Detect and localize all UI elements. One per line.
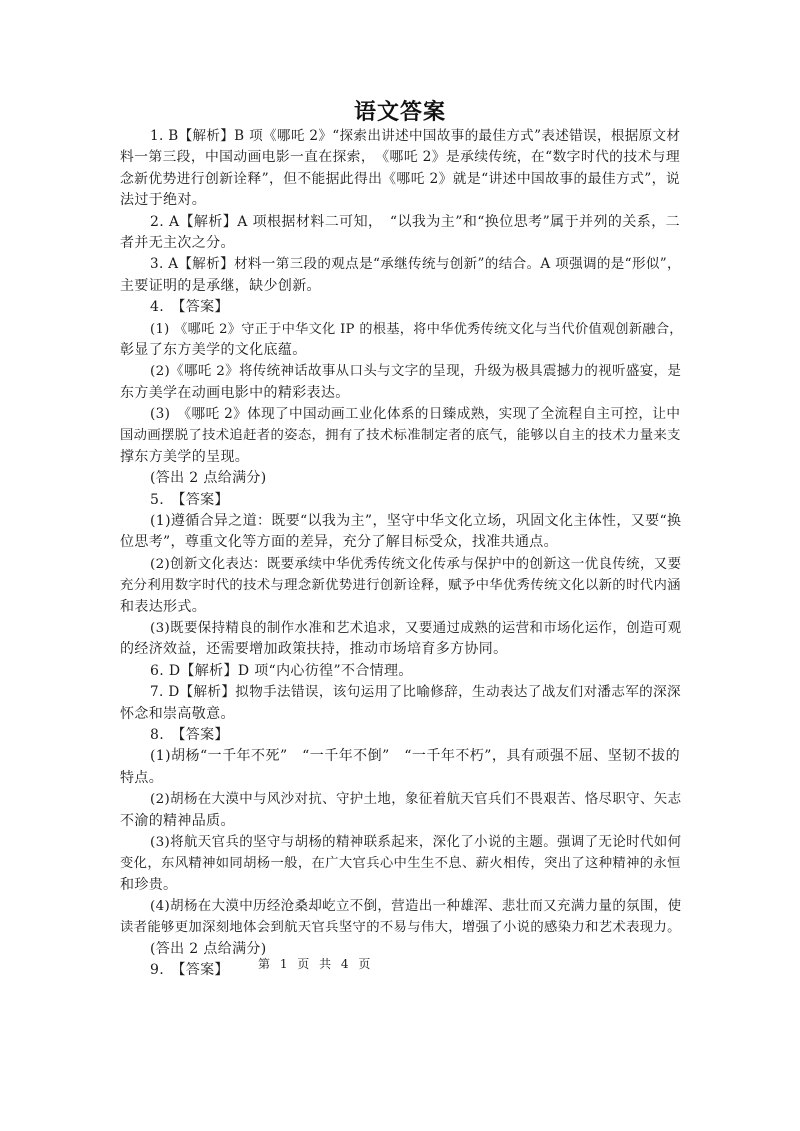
- text-line: 9. 【答案】: [120, 960, 680, 981]
- text-line: (1) 《哪吒 2》守正于中华文化 IP 的根基，将中华优秀传统文化与当代价值观…: [120, 319, 680, 340]
- text-line: (答出 2 点给满分): [120, 939, 680, 960]
- text-line: 不渝的精神品质。: [120, 811, 680, 832]
- text-line: 国动画摆脱了技术追赶者的姿态，拥有了技术标准制定者的底气，能够以自主的技术力量来…: [120, 425, 680, 446]
- answer-body: 1. B【解析】B 项《哪吒 2》“探索出讲述中国故事的最佳方式”表述错误，根据…: [120, 126, 680, 982]
- text-line: (2)《哪吒 2》将传统神话故事从口头与文字的呈现，升级为极具震撼力的视听盛宴，…: [120, 361, 680, 382]
- text-line: (答出 2 点给满分): [120, 468, 680, 489]
- text-line: 1. B【解析】B 项《哪吒 2》“探索出讲述中国故事的最佳方式”表述错误，根据…: [120, 126, 680, 147]
- text-line: 7. D【解析】拟物手法错误，该句运用了比喻修辞，生动表达了战友们对潘志军的深深: [120, 682, 680, 703]
- text-line: 8. 【答案】: [120, 725, 680, 746]
- text-line: 彰显了东方美学的文化底蕴。: [120, 340, 680, 361]
- text-line: 主要证明的是承继，缺少创新。: [120, 276, 680, 297]
- text-line: (1)遵循合异之道：既要“以我为主”，坚守中华文化立场，巩固文化主体性，又要“换: [120, 511, 680, 532]
- text-line: 和珍贵。: [120, 875, 680, 896]
- text-line: 法过于绝对。: [120, 190, 680, 211]
- text-line: (4)胡杨在大漠中历经沧桑却屹立不倒，营造出一种雄浑、悲壮而又充满力量的氛围，使: [120, 896, 680, 917]
- text-line: 5. 【答案】: [120, 490, 680, 511]
- text-line: 读者能够更加深刻地体会到航天官兵坚守的不易与伟大，增强了小说的感染力和艺术表现力…: [120, 917, 680, 938]
- text-line: 东方美学在动画电影中的精彩表达。: [120, 383, 680, 404]
- text-line: (3) 《哪吒 2》体现了中国动画工业化体系的日臻成熟，实现了全流程自主可控，让…: [120, 404, 680, 425]
- text-line: 料一第三段，中国动画电影一直在探索， 《哪吒 2》是承续传统，在“数字时代的技术…: [120, 147, 680, 168]
- text-line: 的经济效益，还需要增加政策扶持，推动市场培育多方协同。: [120, 639, 680, 660]
- text-line: 位思考”，尊重文化等方面的差异，充分了解目标受众，找准共通点。: [120, 532, 680, 553]
- text-line: (3)既要保持精良的制作水准和艺术追求，又要通过成熟的运营和市场化运作，创造可观: [120, 618, 680, 639]
- text-line: 撑东方美学的呈现。: [120, 447, 680, 468]
- text-line: 4. 【答案】: [120, 297, 680, 318]
- text-line: 充分利用数字时代的技术与理念新优势进行创新诠释，赋予中华优秀传统文化以新的时代内…: [120, 575, 680, 596]
- text-line: (1)胡杨“一千年不死” “一千年不倒” “一千年不朽”，具有顽强不屈、坚韧不拔…: [120, 746, 680, 767]
- text-line: 6. D【解析】D 项“内心彷徨”不合情理。: [120, 661, 680, 682]
- text-line: 者并无主次之分。: [120, 233, 680, 254]
- document-page: 语文答案 1. B【解析】B 项《哪吒 2》“探索出讲述中国故事的最佳方式”表述…: [0, 0, 800, 1131]
- text-line: 2. A【解析】A 项根据材料二可知， “以我为主”和“换位思考”属于并列的关系…: [120, 212, 680, 233]
- text-line: 3. A【解析】材料一第三段的观点是“承继传统与创新”的结合。A 项强调的是“形…: [120, 254, 680, 275]
- text-line: 变化，东风精神如同胡杨一般，在广大官兵心中生生不息、薪火相传，突出了这种精神的永…: [120, 853, 680, 874]
- text-line: (3)将航天官兵的坚守与胡杨的精神联系起来，深化了小说的主题。强调了无论时代如何: [120, 832, 680, 853]
- page-number: 第 1 页 共 4 页: [258, 955, 373, 972]
- text-line: (2)胡杨在大漠中与风沙对抗、守护土地，象征着航天官兵们不畏艰苦、恪尽职守、矢志: [120, 789, 680, 810]
- text-line: 怀念和崇高敬意。: [120, 704, 680, 725]
- text-line: 特点。: [120, 768, 680, 789]
- page-title: 语文答案: [0, 95, 800, 126]
- text-line: 念新优势进行创新诠释”，但不能据此得出《哪吒 2》就是“讲述中国故事的最佳方式”…: [120, 169, 680, 190]
- text-line: 和表达形式。: [120, 597, 680, 618]
- text-line: (2)创新文化表达：既要承续中华优秀传统文化传承与保护中的创新这一优良传统，又要: [120, 554, 680, 575]
